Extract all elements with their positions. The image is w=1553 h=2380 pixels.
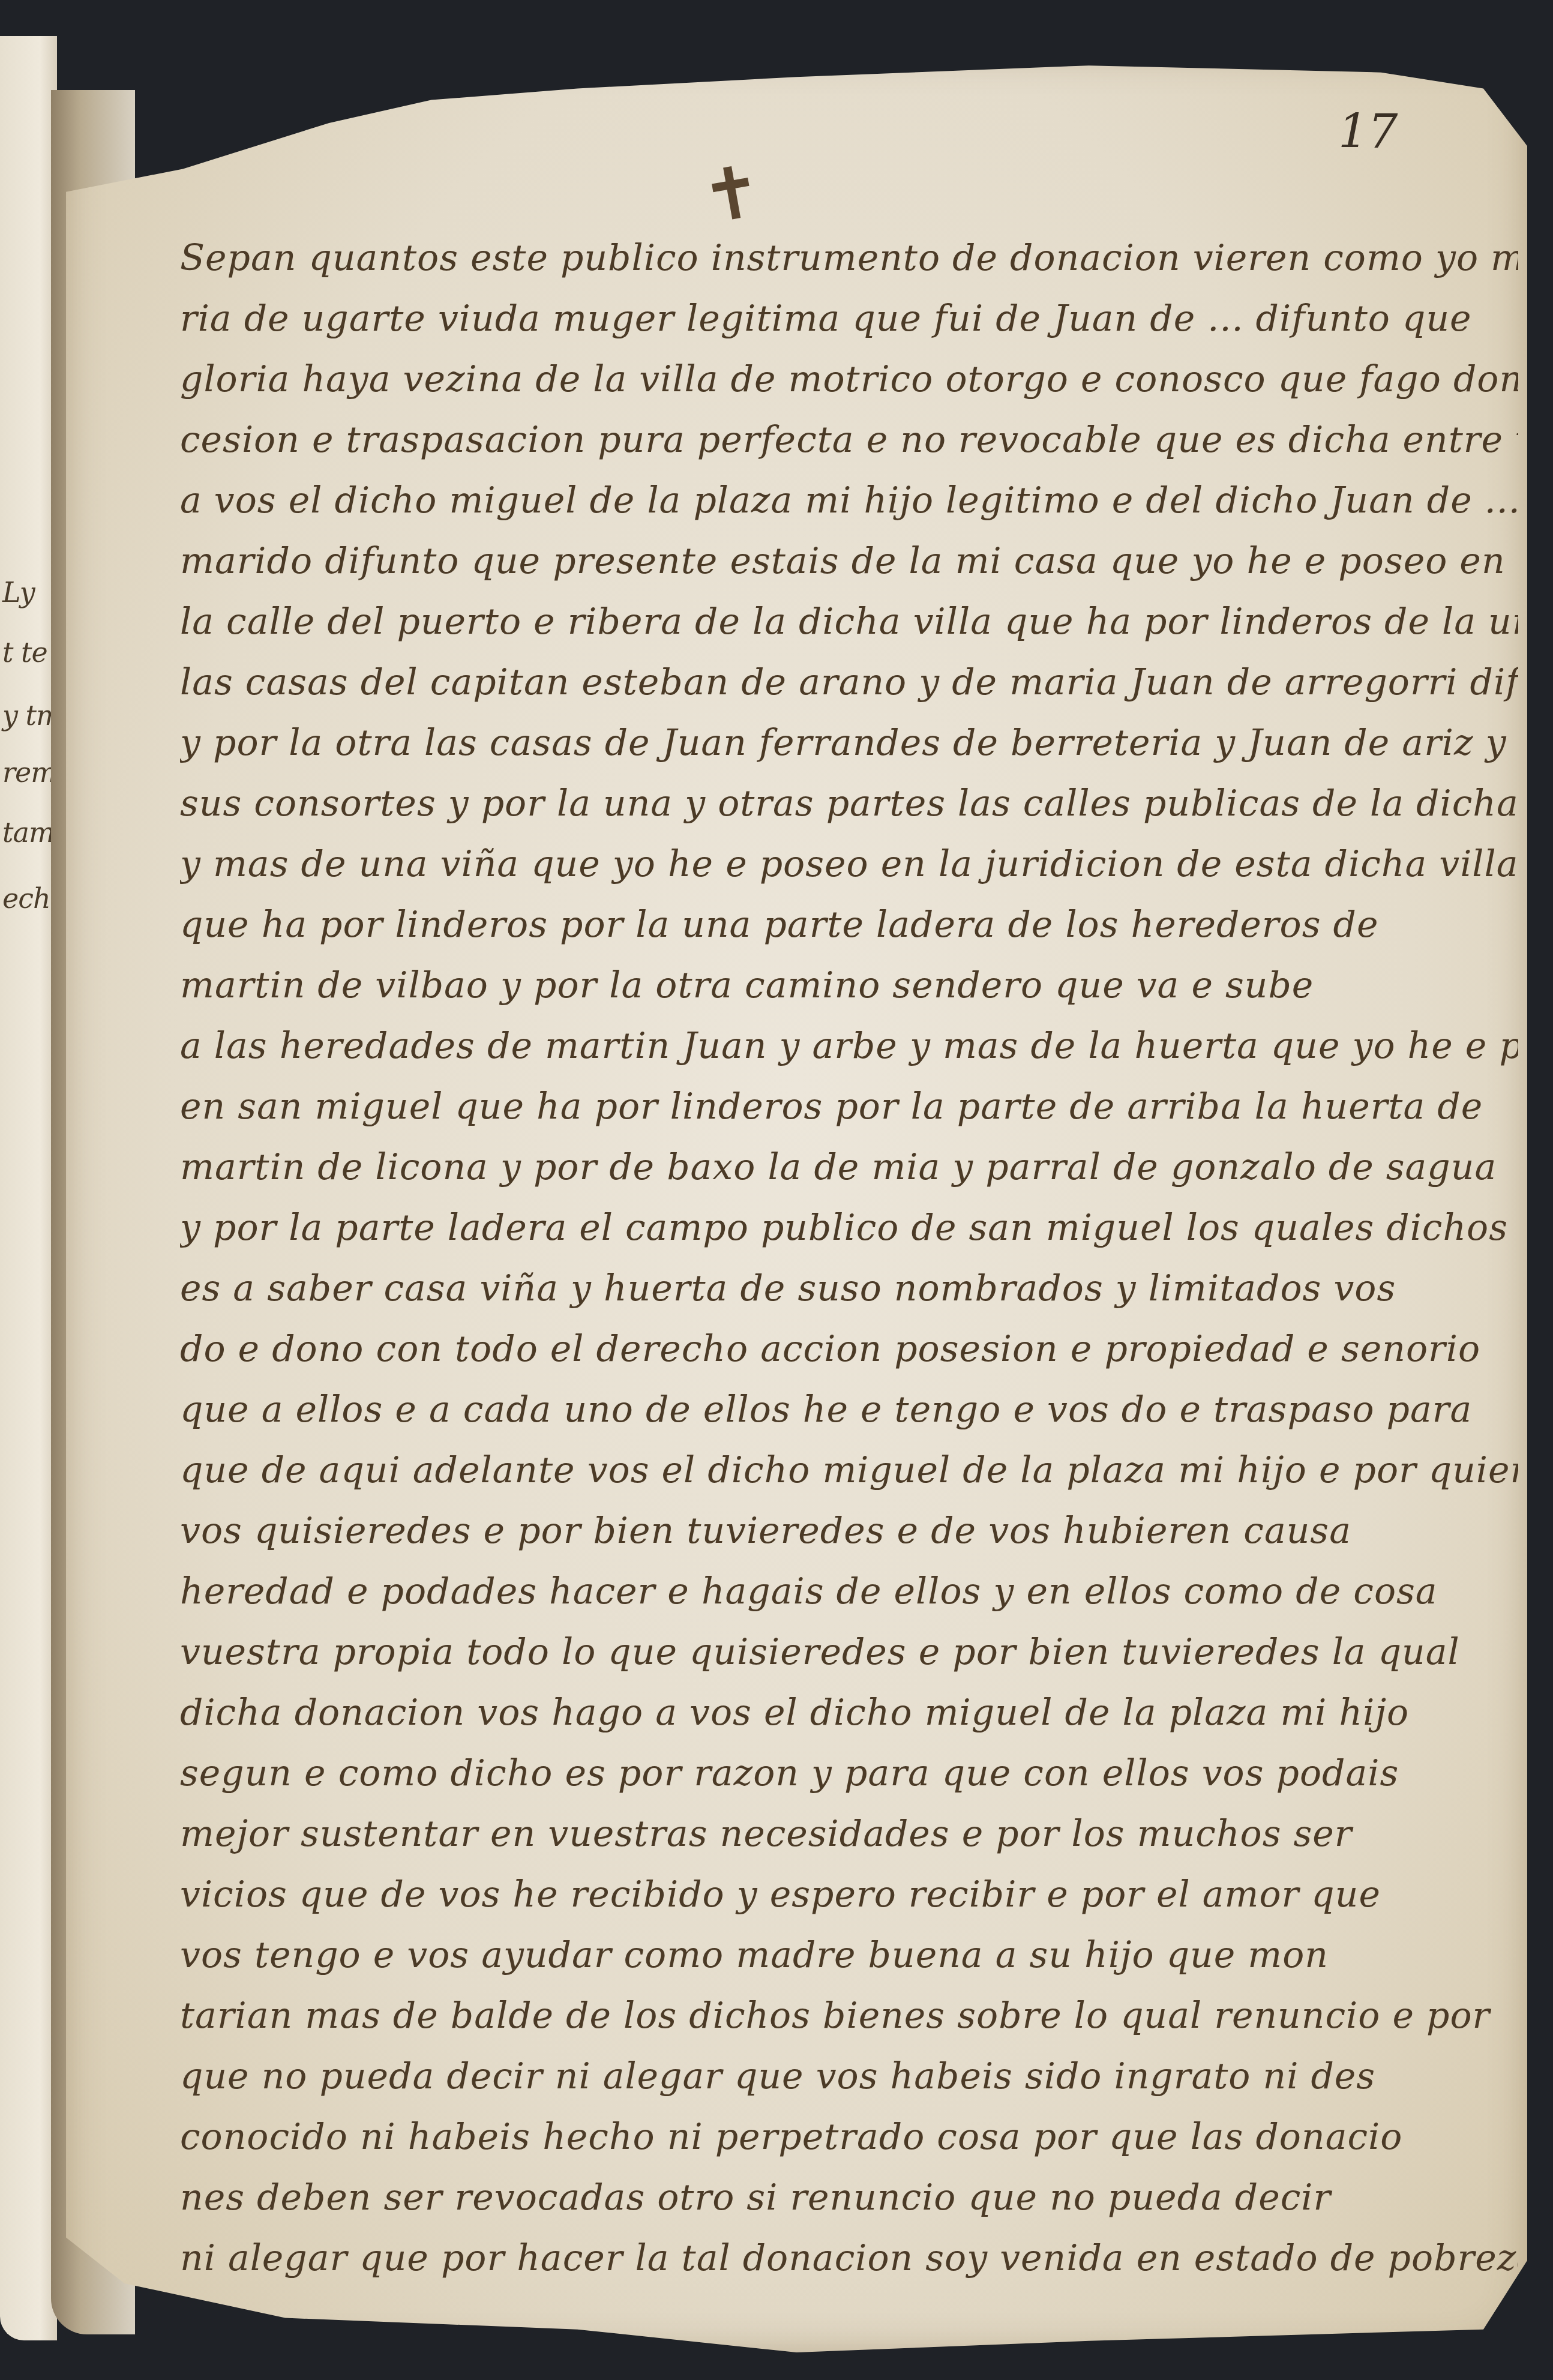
text-line: Sepan quantos este publico instrumento d… [180,228,1518,289]
text-line: marido difunto que presente estais de la… [180,531,1518,592]
text-line: vicios que de vos he recibido y espero r… [180,1865,1518,1925]
facing-page-fragment: echb [2,882,57,915]
text-line: a vos el dicho miguel de la plaza mi hij… [180,470,1518,531]
text-line: la calle del puerto e ribera de la dicha… [180,592,1518,652]
text-line: que ha por linderos por la una parte lad… [180,895,1518,955]
facing-page-fragment: y tm [2,699,57,732]
text-line: sus consortes y por la una y otras parte… [180,774,1518,834]
text-line: que de aqui adelante vos el dicho miguel… [180,1440,1518,1501]
text-line: segun e como dicho es por razon y para q… [180,1743,1518,1804]
text-line: vos tengo e vos ayudar como madre buena … [180,1925,1518,1986]
text-line: martin de vilbao y por la otra camino se… [180,955,1518,1016]
manuscript-text: Sepan quantos este publico instrumento d… [180,228,1518,2289]
text-line: es a saber casa viña y huerta de suso no… [180,1258,1518,1319]
text-line: gloria haya vezina de la villa de motric… [180,349,1518,410]
text-line: a las heredades de martin Juan y arbe y … [180,1016,1518,1077]
text-line: tarian mas de balde de los dichos bienes… [180,1986,1518,2046]
facing-page-fragment: rem [2,756,56,789]
text-line: y mas de una viña que yo he e poseo en l… [180,834,1518,895]
text-line: heredad e podades hacer e hagais de ello… [180,1561,1518,1622]
text-line: nes deben ser revocadas otro si renuncio… [180,2168,1518,2228]
text-line: dicha donacion vos hago a vos el dicho m… [180,1683,1518,1743]
text-line: vos quisieredes e por bien tuvieredes e … [180,1501,1518,1561]
text-line: las casas del capitan esteban de arano y… [180,652,1518,713]
text-line: vuestra propia todo lo que quisieredes e… [180,1622,1518,1683]
facing-page-fragment: t te [2,636,47,669]
folio-number: 17 [1338,105,1398,159]
facing-page-edge: Ly t te y tm rem tam echb [0,36,57,2340]
text-line: mejor sustentar en vuestras necesidades … [180,1804,1518,1865]
text-line: conocido ni habeis hecho ni perpetrado c… [180,2107,1518,2168]
text-line: do e dono con todo el derecho accion pos… [180,1319,1518,1380]
text-line: ria de ugarte viuda muger legitima que f… [180,289,1518,349]
text-line: y por la otra las casas de Juan ferrande… [180,713,1518,774]
facing-page-fragment: Ly [2,576,35,609]
text-line: cesion e traspasacion pura perfecta e no… [180,410,1518,470]
text-line: en san miguel que ha por linderos por la… [180,1077,1518,1137]
text-line: ni alegar que por hacer la tal donacion … [180,2228,1518,2289]
text-line: y por la parte ladera el campo publico d… [180,1198,1518,1258]
text-line: que no pueda decir ni alegar que vos hab… [180,2046,1518,2107]
text-line: que a ellos e a cada uno de ellos he e t… [180,1380,1518,1440]
text-line: martin de licona y por de baxo la de mia… [180,1137,1518,1198]
facing-page-fragment: tam [2,816,55,849]
